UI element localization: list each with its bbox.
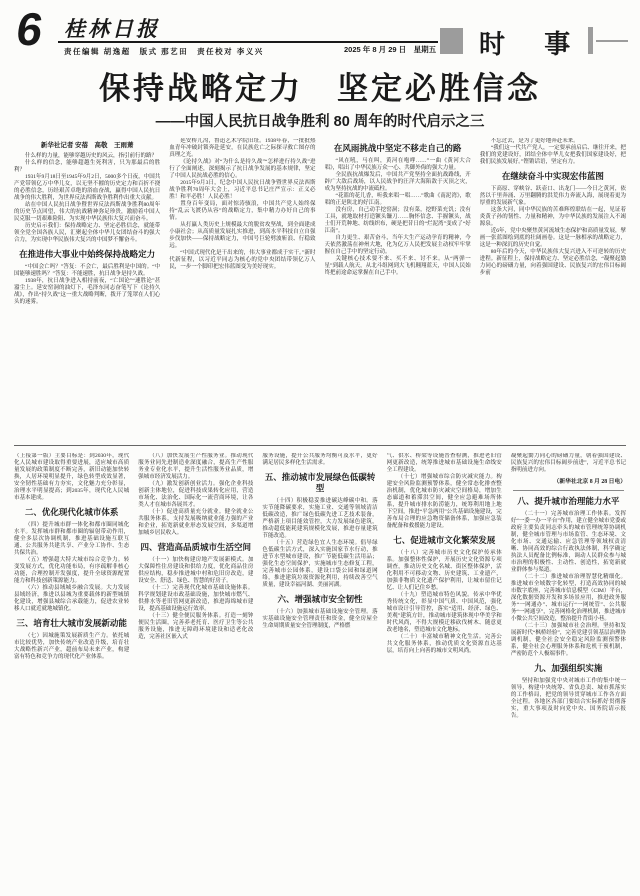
- paragraph: 什么样的力量，能够穿越历史的风云，指引前行的路？: [14, 153, 160, 160]
- lead-columns: 新华社记者 安蓓 高敬 王雨萧什么样的力量，能够穿越历史的风云，指引前行的路？什…: [0, 138, 640, 438]
- lead-article: 保持战略定力 坚定必胜信念 ——中国人民抗日战争胜利 80 周年的时代启示之三 …: [0, 72, 640, 438]
- paragraph: 下高原、穿峡谷、跃壶口、出龙门——今日之黄河，依然以千里奔涌、万里翻腾的洪荒伟力…: [480, 186, 626, 207]
- paragraph: 站在中国人民抗日战争暨世界反法西斯战争胜利80周年的历史节点回望，伟大的抗战精神…: [14, 202, 160, 223]
- section-heading: 八、提升城市治理能力水平: [511, 496, 626, 507]
- paragraph: 80年后的今天，中华民族伟大复兴进入不可逆转的历史进程。新征程上，保持战略定力、…: [480, 249, 626, 277]
- paragraph: 服务设施，提升公共服务均衡可及水平，更好满足居民多样化生活需求。: [262, 453, 377, 467]
- paragraph: 历史启示我们：保持战略定力、坚定必胜信念，就能带领全党全国各族人民，汇聚起全体中…: [14, 223, 160, 244]
- section-heading: 九、加强组织实施: [511, 663, 626, 674]
- header-stub-rule: [596, 40, 628, 42]
- paragraph: 近6年，党中央聚焦黄河流域生态保护和高质量发展，擘画一张蓝图绘到底的壮阔画卷。这…: [480, 228, 626, 249]
- paragraph: 什么样的信念，能够超越生死利害，只为那最后的胜利？: [14, 160, 160, 174]
- byline: 新华社记者 安蓓 高敬 王雨萧: [14, 140, 160, 149]
- page-header: 6 桂林日报 责任编辑 胡逸超 版式 那艺田 责任校对 李义兴 2025 年 8…: [0, 0, 640, 58]
- paragraph: （二十三）加强城市社会治理。坚持和发展新时代“枫桥经验”，完善党建引领基层治理协…: [511, 623, 626, 658]
- paragraph: （十六）加强城市基础设施安全管理。落实基础设施安全管理责任和资金，健全房屋全生命…: [262, 609, 377, 630]
- paragraph: 没有房，自己动手挖窑洞；没有菜，挖野菜充饥；没有工具，就地取材打造镢头镰刀……胸…: [325, 207, 471, 235]
- section-title: 时 事: [479, 24, 586, 61]
- paragraph: （十四）积极稳妥推进碳达峰碳中和。落实节能降碳要求，实施工业、交通等领域清洁低碳…: [262, 498, 377, 540]
- paragraph: 坚持和加强党中央对城市工作的集中统一领导，构建中央统筹、省负总责、城市抓落实的工…: [511, 678, 626, 720]
- issue-date: 2025 年 8 月 29 日 星期五: [344, 44, 436, 55]
- paragraph: （十三）健全便民服务体系。打造一刻钟便民生活圈，完善养老托育、医疗卫生等公共服务…: [138, 613, 253, 641]
- paragraph: （四）提升城市群一体化和都市圈同城化水平。发挥城市群和都市圈的辐射带动作用，健全…: [14, 522, 129, 557]
- policy-column-2: （八）加快发展生产性服务业。推动现代服务业同先进制造业深度融合，提高生产性服务业…: [138, 453, 253, 889]
- paragraph: “中国式现代化是干出来的，伟大事业都成于实干。”新时代新征程，以习近平同志为核心…: [169, 250, 315, 271]
- section-heading: 四、营造高品质城市生活空间: [138, 542, 253, 553]
- paragraph: （十七）增强城市综合防灾减灾能力。构建安全风险监测预警体系，健全常态化排查整治机…: [387, 474, 502, 530]
- paragraph: 凝聚起勠力同心的磅礴力量，朝着强国建设、民族复兴的宏伟目标阔步前进”，习近平总书…: [511, 453, 626, 474]
- paragraph: （九）激发创新创业活力。强化企业科技创新主体地位，促进科技成果转化应用，营造市场…: [138, 481, 253, 509]
- paragraph: （十）促进高质量充分就业。健全就业公共服务体系，支持发展吸纳就业能力强的产业和企…: [138, 509, 253, 537]
- paragraph: 置身百年变局，面对惊涛骇浪，中国共产党人始终保持“乱云飞渡仍从容”的战略定力，集…: [169, 201, 315, 222]
- paragraph: “我们这一代共产党人，一定要承前启后、继往开来，把我们的党建设好，团结全体中华儿…: [480, 145, 626, 166]
- section-heading: 在推进伟大事业中始终保持战略定力: [14, 249, 160, 260]
- section-marker-box: [440, 28, 463, 54]
- paragraph: 从打赢人类历史上规模最大的脱贫攻坚战，到全面建成小康社会；从高质量发展扎实推进，…: [169, 222, 315, 250]
- paragraph: （五）增强超大特大城市综合竞争力。转变发展方式，优化功能布局，有序疏解非核心功能…: [14, 557, 129, 585]
- paragraph: 不忘过去，是为了更好地奔赴未来。: [480, 138, 626, 145]
- lead-column-1: 新华社记者 安蓓 高敬 王雨萧什么样的力量，能够穿越历史的风云，指引前行的路？什…: [14, 138, 160, 438]
- masthead-logo: 桂林日报: [64, 13, 160, 43]
- paragraph: （六）推动县域城乡融合发展。大力发展县域经济，推进以县城为重要载体的新型城镇化建…: [14, 585, 129, 613]
- page-number: 6: [14, 6, 46, 52]
- paragraph: 关键核心技术要不来、买不来、讨不来。从“两弹一星”到载人航天，从北斗组网到大飞机…: [325, 256, 471, 277]
- wire-credit: （新华社北京 8 月 28 日电）: [511, 476, 626, 485]
- paragraph: “花篮的花儿香，听我来唱一唱……”歌曲《南泥湾》，歌唱的正是陕北的好江南。: [325, 193, 471, 207]
- paragraph: “中国会亡吗？”答复：不会亡，最后胜利是中国的。“中国能够速胜吗？”答复：不能速…: [14, 264, 160, 278]
- section-heading: 在继续奋斗中实现宏伟蓝图: [480, 171, 626, 182]
- paragraph: 1938年，抗日战争进入相持前夜，“亡国论”“速胜论”甚嚣尘上。延安窑洞的油灯下…: [14, 278, 160, 306]
- lead-column-3: 在风雨挑战中坚定不移走自己的路“风在吼，马在叫，黄河在咆哮……”一曲《黄河大合唱…: [325, 138, 471, 438]
- paragraph: 《论持久战》对“为什么是持久战”“怎样进行持久战”进行了全面阐述，深刻揭示了抗日…: [169, 159, 315, 180]
- paragraph: （十五）营造绿色宜人生态环境。倡导绿色低碳生活方式，深入实施国家节水行动，推进节…: [262, 540, 377, 589]
- section-heading: 三、培育壮大城市发展新动能: [14, 618, 129, 629]
- masthead-rule: [58, 41, 438, 43]
- paragraph: “风在吼，马在叫，黄河在咆哮……”一曲《黄河大合唱》，唱出了中华民族万众一心、共…: [325, 158, 471, 172]
- paragraph: （二十一）完善城市治理工作体系。发挥好“一委一办一平台”作用，建立健全城市党委或…: [511, 511, 626, 574]
- policy-column-4: 气、供水、桥梁等设施普查检测，推进老旧管网更新改造，统筹推进城市基础设施生命线安…: [387, 453, 502, 889]
- policy-columns: （上接第一版）主要目标是：到2030年，现代化人民城市建设取得重要进展，适应城市…: [0, 453, 640, 889]
- paragraph: （七）因城施策发展新质生产力。依托城市比较优势，加快传统产业改造升级，培育壮大战…: [14, 633, 129, 661]
- section-heading: 七、促进城市文化繁荣发展: [387, 535, 502, 546]
- lead-column-2: 延安桥儿沟，鲁迅艺术学院旧址。1938年春，一批批热血青年冲破封锁奔赴延安，在民…: [169, 138, 315, 438]
- section-heading: 二、优化现代化城市体系: [14, 507, 129, 518]
- section-heading: 六、增强城市安全韧性: [262, 594, 377, 605]
- section-heading: 五、推动城市发展绿色低碳转型: [262, 472, 377, 494]
- paragraph: 自力更生、艰苦奋斗，当年大生产运动孕育的精神，今天依然激荡在神州大地，化为亿万人…: [325, 235, 471, 256]
- article-divider-rule: [14, 445, 626, 446]
- lead-subheadline: ——中国人民抗日战争胜利 80 周年的时代启示之三: [14, 110, 626, 131]
- section-heading: 在风雨挑战中坚定不移走自己的路: [325, 143, 471, 154]
- staff-line: 责任编辑 胡逸超 版式 那艺田 责任校对 李义兴: [64, 46, 264, 57]
- paragraph: 气、供水、桥梁等设施普查检测，推进老旧管网更新改造，统筹推进城市基础设施生命线安…: [387, 453, 502, 474]
- policy-column-3: 服务设施，提升公共服务均衡可及水平，更好满足居民多样化生活需求。五、推动城市发展…: [262, 453, 377, 889]
- section-marker-bar: [588, 27, 593, 54]
- column-divider-rule: [513, 490, 624, 491]
- lead-column-4: 不忘过去，是为了更好地奔赴未来。“我们这一代共产党人，一定要承前启后、继往开来，…: [480, 138, 626, 438]
- paragraph: （十一）加快构建房地产发展新模式。加大保障性住房建设和供给力度，优化商品住房供应…: [138, 557, 253, 585]
- paragraph: （十九）塑造城市特色风貌。传承中华优秀传统文化，彰显中国气质、中国风范，强化城市…: [387, 592, 502, 634]
- lead-headline: 保持战略定力 坚定必胜信念: [14, 72, 626, 105]
- paragraph: （二十）丰富城市精神文化生活。完善公共文化服务体系，推动优质文化资源直达基层，培…: [387, 634, 502, 655]
- paragraph: （八）加快发展生产性服务业。推动现代服务业同先进制造业深度融合，提高生产性服务业…: [138, 453, 253, 481]
- paragraph: 2015年9月3日，纪念中国人民抗日战争暨世界反法西斯战争胜利70周年大会上，习…: [169, 180, 315, 201]
- paragraph: （上接第一版）主要目标是：到2030年，现代化人民城市建设取得重要进展，适应城市…: [14, 453, 129, 502]
- paragraph: 这条大河，同中华民族的苦难辉煌联结在一起，见证着炎黄子孙的韧性、力量和精神，为中…: [480, 207, 626, 228]
- policy-column-5: 凝聚起勠力同心的磅礴力量，朝着强国建设、民族复兴的宏伟目标阔步前进”，习近平总书…: [511, 453, 626, 889]
- paragraph: 全民族抗战爆发后，中国共产党坚持全面抗战路线，开辟广大敌后战场，以人民战争的汪洋…: [325, 172, 471, 193]
- paragraph: 延安桥儿沟，鲁迅艺术学院旧址。1938年春，一批批热血青年冲破封锁奔赴延安，在民…: [169, 138, 315, 159]
- newspaper-page: 6 桂林日报 责任编辑 胡逸超 版式 那艺田 责任校对 李义兴 2025 年 8…: [0, 0, 640, 896]
- policy-article: （上接第一版）主要目标是：到2030年，现代化人民城市建设取得重要进展，适应城市…: [0, 453, 640, 889]
- policy-column-1: （上接第一版）主要目标是：到2030年，现代化人民城市建设取得重要进展，适应城市…: [14, 453, 129, 889]
- paragraph: （二十二）推进城市治理智慧化精细化。推进城市全域数字化转型，打造高效协同的城市数…: [511, 574, 626, 623]
- paragraph: （十八）完善城市历史文化保护传承体系。加强整体性保护，开展历史文化资源专项调查，…: [387, 550, 502, 592]
- paragraph: 1931年9月18日至1945年9月2日，5000多个日夜，中国共产党带领亿万中…: [14, 174, 160, 202]
- paragraph: （十二）完善现代化城市基础设施体系。科学规划建设市政基础设施，加快城市燃气、供排…: [138, 585, 253, 613]
